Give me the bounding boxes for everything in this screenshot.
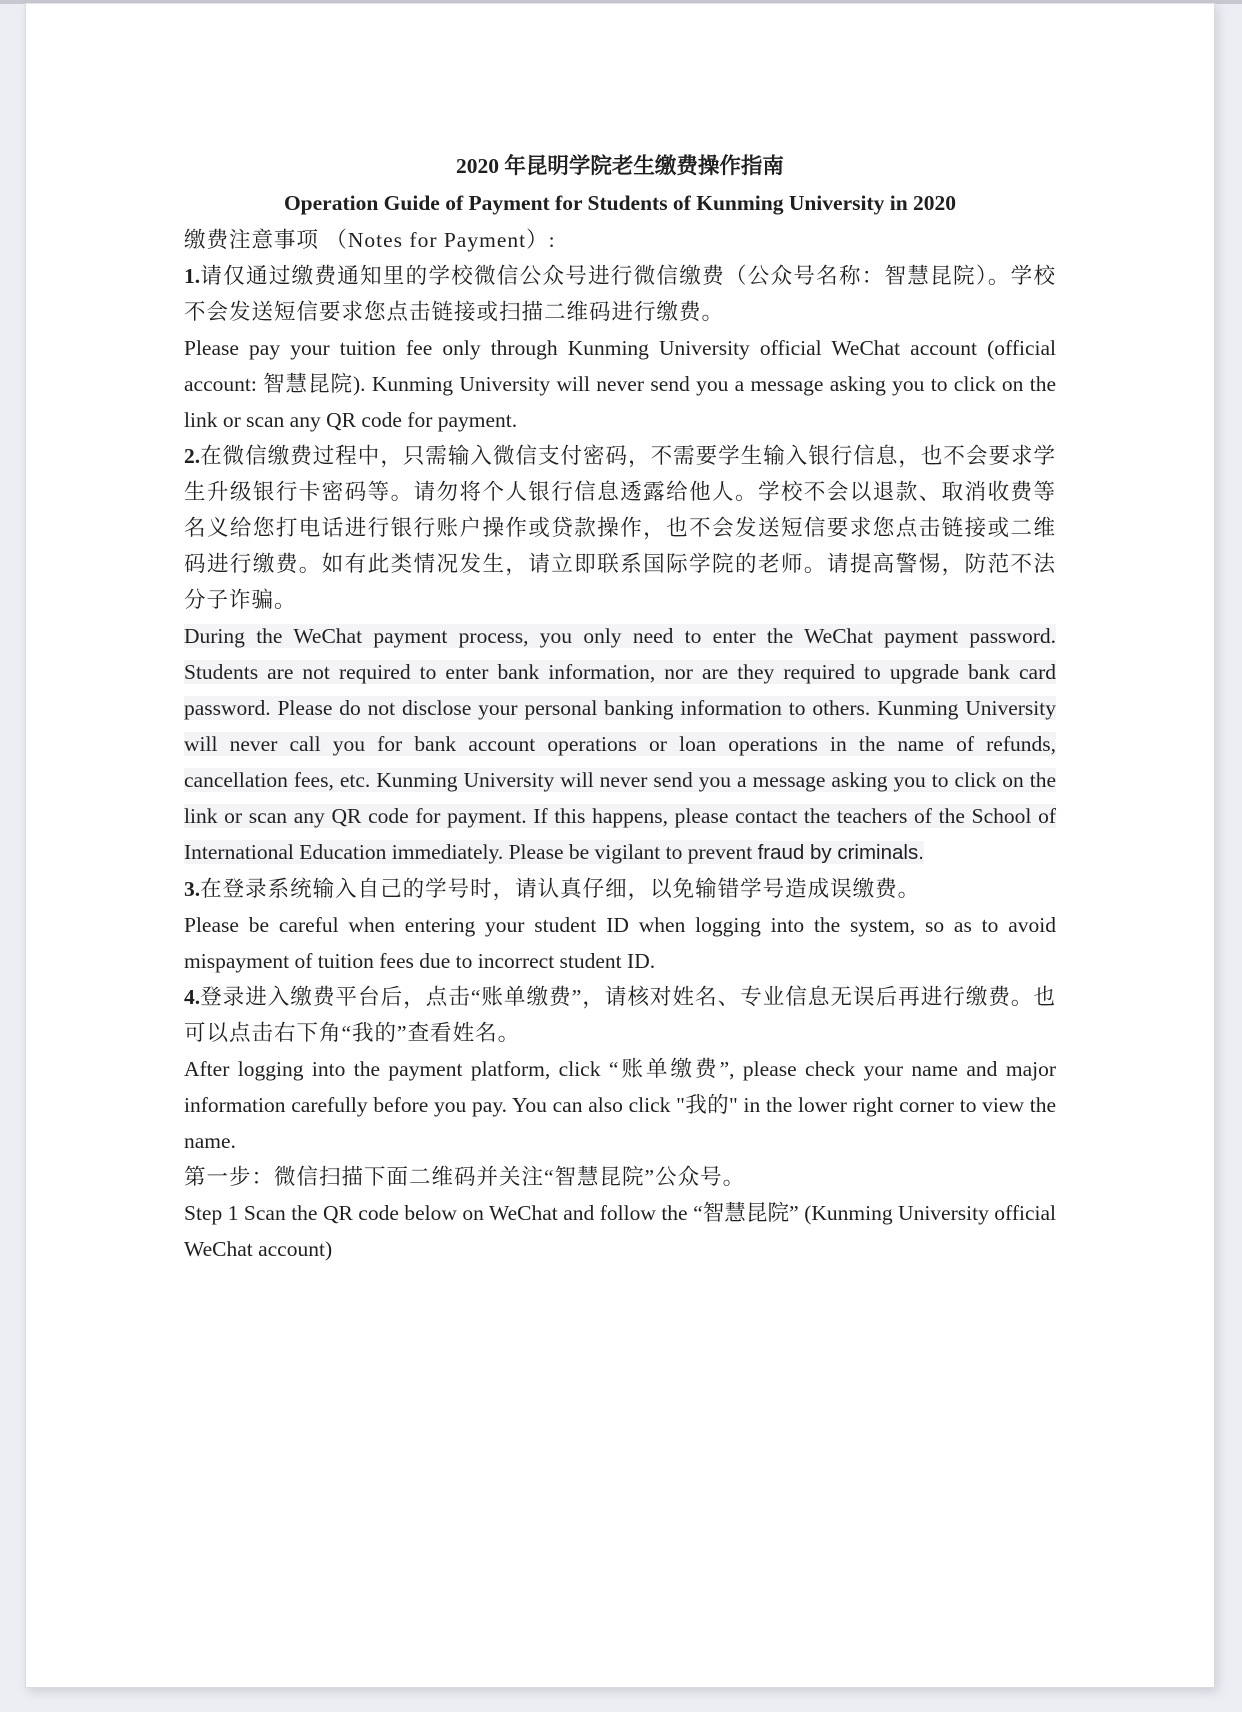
list-number-2: 2. [184,444,200,468]
paragraph-1-en: Please pay your tuition fee only through… [184,330,1056,438]
highlighted-text: During the WeChat payment process, you o… [184,624,1056,864]
paragraph-text: Step 1 Scan the QR code below on WeChat … [184,1201,1056,1261]
paragraph-4-en: After logging into the payment platform,… [184,1051,1056,1159]
paragraph-3-cn: 3.在登录系统输入自己的学号时，请认真仔细，以免输错学号造成误缴费。 [184,871,1056,907]
paragraph-text: 在微信缴费过程中，只需输入微信支付密码，不需要学生输入银行信息，也不会要求学生升… [184,444,1056,612]
highlighted-text-sans: fraud by criminals. [758,841,924,864]
paragraph-text: 第一步：微信扫描下面二维码并关注“智慧昆院”公众号。 [184,1165,745,1189]
list-number-3: 3. [184,877,200,901]
paragraph-3-en: Please be careful when entering your stu… [184,907,1056,979]
paragraph-2-en: During the WeChat payment process, you o… [184,618,1056,871]
step-1-cn: 第一步：微信扫描下面二维码并关注“智慧昆院”公众号。 [184,1159,1056,1195]
paragraph-text: 请仅通过缴费通知里的学校微信公众号进行微信缴费（公众号名称：智慧昆院）。学校不会… [184,264,1056,324]
document-title-en: Operation Guide of Payment for Students … [184,185,1056,222]
document-content: 2020 年昆明学院老生缴费操作指南 Operation Guide of Pa… [184,4,1056,1267]
paragraph-text: 在登录系统输入自己的学号时，请认真仔细，以免输错学号造成误缴费。 [200,877,920,901]
list-number-4: 4. [184,985,200,1009]
paragraph-text: After logging into the payment platform,… [184,1057,1056,1153]
notes-heading: 缴费注意事项 （Notes for Payment）: [184,222,1056,258]
document-page: 2020 年昆明学院老生缴费操作指南 Operation Guide of Pa… [25,3,1215,1688]
paragraph-text: Please pay your tuition fee only through… [184,336,1056,432]
paragraph-4-cn: 4.登录进入缴费平台后，点击“账单缴费”，请核对姓名、专业信息无误后再进行缴费。… [184,979,1056,1051]
document-title-cn: 2020 年昆明学院老生缴费操作指南 [184,148,1056,185]
paragraph-2-cn: 2.在微信缴费过程中，只需输入微信支付密码，不需要学生输入银行信息，也不会要求学… [184,438,1056,618]
paragraph-text: Please be careful when entering your stu… [184,913,1056,973]
list-number-1: 1. [184,264,200,288]
paragraph-1-cn: 1.请仅通过缴费通知里的学校微信公众号进行微信缴费（公众号名称：智慧昆院）。学校… [184,258,1056,330]
step-1-en: Step 1 Scan the QR code below on WeChat … [184,1195,1056,1267]
paragraph-text: 登录进入缴费平台后，点击“账单缴费”，请核对姓名、专业信息无误后再进行缴费。也可… [184,985,1056,1045]
